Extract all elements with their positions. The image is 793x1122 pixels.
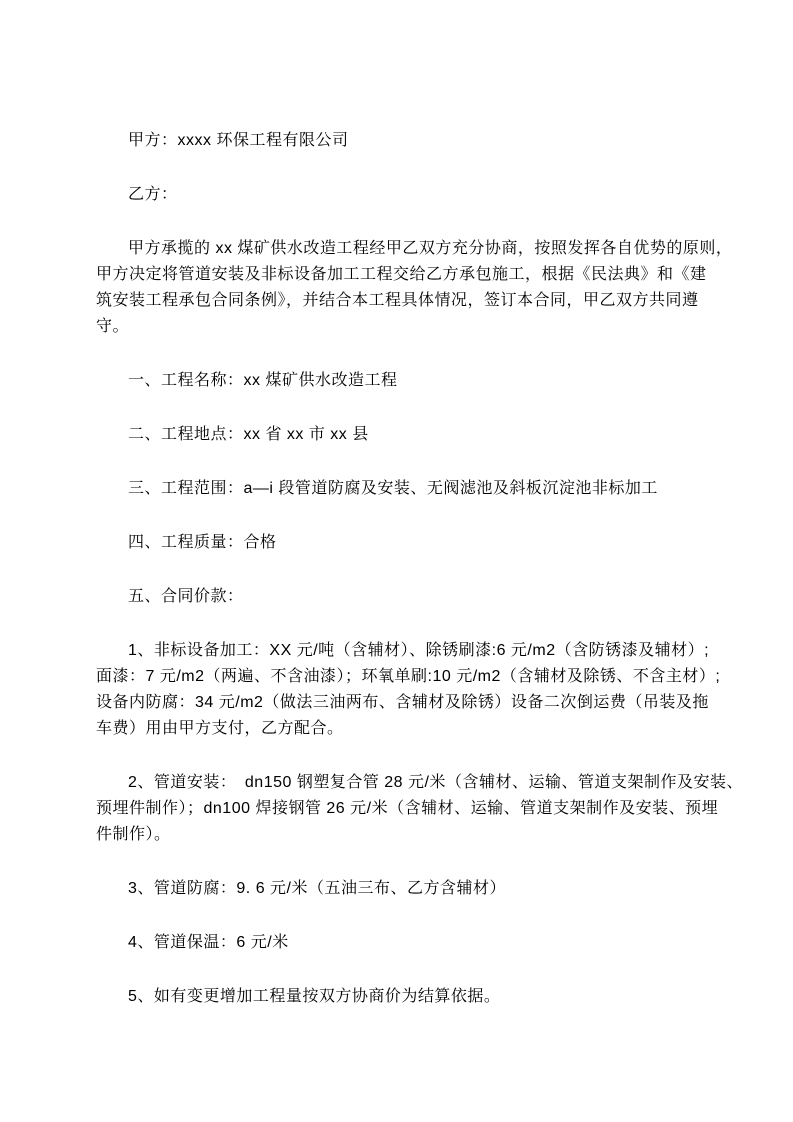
party-a-line-line-1: 甲方：xxxx 环保工程有限公司 [96,128,696,154]
price-item-2-pipeline-installation: 2、管道安装： dn150 钢塑复合管 28 元/米（含辅材、运输、管道支架制作… [96,770,696,848]
item-project-scope: 三、工程范围：a—i 段管道防腐及安装、无阀滤池及斜板沉淀池非标加工 [96,476,696,502]
party-b-line-line-1: 乙方： [96,182,696,208]
item-contract-price-line-1: 五、合同价款： [96,584,696,610]
price-item-4-pipeline-insulation-line-1: 4、管道保温：6 元/米 [96,930,696,956]
document-body: 甲方：xxxx 环保工程有限公司乙方：甲方承揽的 xx 煤矿供水改造工程经甲乙双… [96,128,696,1010]
item-project-location: 二、工程地点：xx 省 xx 市 xx 县 [96,422,696,448]
item-contract-price: 五、合同价款： [96,584,696,610]
preamble-line-2: 甲方决定将管道安装及非标设备加工工程交给乙方承包施工，根据《民法典》和《建 [96,262,696,288]
price-item-2-pipeline-installation-line-2: 预埋件制作）；dn100 焊接钢管 26 元/米（含辅材、运输、管道支架制作及安… [96,796,696,822]
price-item-3-pipeline-anticorrosion: 3、管道防腐：9. 6 元/米（五油三布、乙方含辅材） [96,876,696,902]
item-project-quality: 四、工程质量：合格 [96,530,696,556]
item-project-name: 一、工程名称：xx 煤矿供水改造工程 [96,368,696,394]
price-item-3-pipeline-anticorrosion-line-1: 3、管道防腐：9. 6 元/米（五油三布、乙方含辅材） [96,876,696,902]
document-page: 甲方：xxxx 环保工程有限公司乙方：甲方承揽的 xx 煤矿供水改造工程经甲乙双… [0,0,793,1122]
price-item-1-nonstandard-equipment: 1、非标设备加工：XX 元/吨（含辅材）、除锈刷漆:6 元/m2（含防锈漆及辅材… [96,638,696,742]
price-item-1-nonstandard-equipment-line-2: 面漆：7 元/m2（两遍、不含油漆）；环氧单刷:10 元/m2（含辅材及除锈、不… [96,664,696,690]
price-item-1-nonstandard-equipment-line-3: 设备内防腐：34 元/m2（做法三油两布、含辅材及除锈）设备二次倒运费（吊装及拖 [96,690,696,716]
party-b-line: 乙方： [96,182,696,208]
item-project-quality-line-1: 四、工程质量：合格 [96,530,696,556]
price-item-5-changes-line-1: 5、如有变更增加工程量按双方协商价为结算依据。 [96,984,696,1010]
price-item-5-changes: 5、如有变更增加工程量按双方协商价为结算依据。 [96,984,696,1010]
price-item-2-pipeline-installation-line-1: 2、管道安装： dn150 钢塑复合管 28 元/米（含辅材、运输、管道支架制作… [96,770,696,796]
preamble-line-3: 筑安装工程承包合同条例》，并结合本工程具体情况，签订本合同，甲乙双方共同遵 [96,288,696,314]
price-item-1-nonstandard-equipment-line-1: 1、非标设备加工：XX 元/吨（含辅材）、除锈刷漆:6 元/m2（含防锈漆及辅材… [96,638,696,664]
item-project-scope-line-1: 三、工程范围：a—i 段管道防腐及安装、无阀滤池及斜板沉淀池非标加工 [96,476,696,502]
price-item-4-pipeline-insulation: 4、管道保温：6 元/米 [96,930,696,956]
price-item-1-nonstandard-equipment-line-4: 车费）用由甲方支付，乙方配合。 [96,716,696,742]
price-item-2-pipeline-installation-line-3: 件制作）。 [96,822,696,848]
item-project-name-line-1: 一、工程名称：xx 煤矿供水改造工程 [96,368,696,394]
preamble-line-4: 守。 [96,314,696,340]
preamble-line-1: 甲方承揽的 xx 煤矿供水改造工程经甲乙双方充分协商，按照发挥各自优势的原则， [96,236,696,262]
party-a-line: 甲方：xxxx 环保工程有限公司 [96,128,696,154]
preamble: 甲方承揽的 xx 煤矿供水改造工程经甲乙双方充分协商，按照发挥各自优势的原则，甲… [96,236,696,340]
item-project-location-line-1: 二、工程地点：xx 省 xx 市 xx 县 [96,422,696,448]
